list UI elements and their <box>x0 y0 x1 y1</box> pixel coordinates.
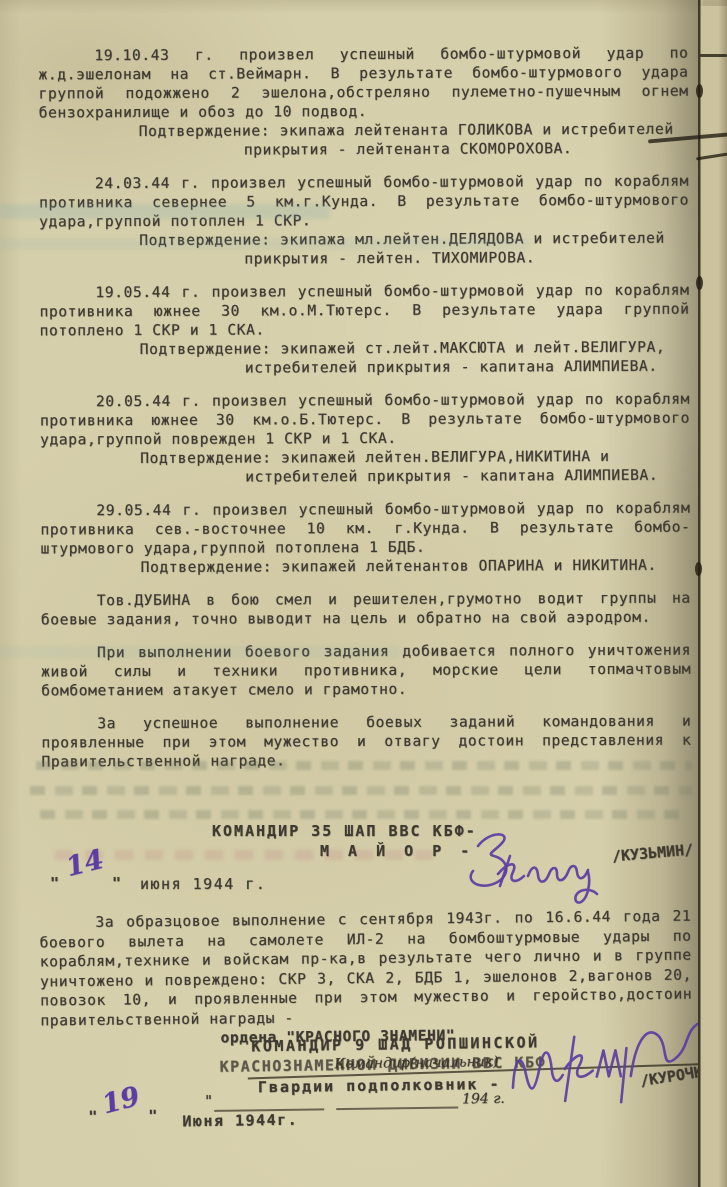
entry-1-date: 19.10.43 г. <box>94 47 213 65</box>
form-year-label: 194 г. <box>462 1090 505 1110</box>
entry-4-confirmation: Подтверждение: экипажей лейтен.ВЕЛИГУРА,… <box>40 447 690 488</box>
entry-5-confirmation: Подтверждение: экипажей лейтенантов ОПАР… <box>41 556 691 578</box>
entry-5: 29.05.44 г. произвел успешный бомбо-штур… <box>40 499 690 578</box>
division-commander-block: КОМАНДИР 9 ШАД РОПШИНСКОЙ КРАСНОЗНАМЕННО… <box>0 1027 699 1157</box>
kuzmin-signature-ink <box>428 828 618 906</box>
date-quote: " <box>88 1108 97 1127</box>
top-right-line <box>700 54 727 57</box>
division-date-text: Июня 1944г. <box>182 1111 298 1132</box>
page: 19.10.43 г. произвел успешный бомбо-штур… <box>0 0 698 1187</box>
date-quote: " <box>50 874 59 893</box>
handwritten-day-19: 19 <box>100 1087 141 1115</box>
entry-1-confirmation: Подтверждение: экипажа лейтенанта ГОЛИКО… <box>39 120 689 161</box>
bleedthrough-line <box>36 761 692 770</box>
date-quote: " <box>148 1107 157 1126</box>
entry-5-date: 29.05.44 г. <box>96 502 201 519</box>
entry-4-date: 20.05.44 г. <box>96 393 201 410</box>
entry-2-date: 24.03.44 г. <box>95 175 200 192</box>
form-date-rule <box>336 1106 458 1110</box>
stain-band <box>0 204 330 219</box>
entry-4: 20.05.44 г. произвел успешный бомбо-штур… <box>40 390 690 488</box>
stitch-mark <box>696 276 703 290</box>
paragraph-character: Тов.ДУБИНА в бою смел и решителен,грумот… <box>41 589 691 630</box>
stitch-mark <box>695 562 702 576</box>
bleedthrough-line <box>30 786 692 795</box>
entry-3: 19.05.44 г. произвел успешный бомбо-штур… <box>39 281 689 379</box>
entry-3-date: 19.05.44 г. <box>95 284 200 301</box>
body-text: 19.10.43 г. произвел успешный бомбо-штур… <box>38 44 691 786</box>
stain-band <box>0 646 400 658</box>
regiment-commander-block: КОМАНДИР 35 ШАП ВВС КБФ- М А Й О Р - /КУ… <box>0 818 698 918</box>
date-quote: " <box>112 874 121 893</box>
stain-band <box>0 238 530 250</box>
entry-1: 19.10.43 г. произвел успешный бомбо-штур… <box>38 44 688 161</box>
kuzmin-typed-name: /КУЗЬМИН/ <box>611 840 694 866</box>
entry-3-confirmation: Подтверждение: экипажей ст.лейт.МАКСЮТА … <box>40 338 690 379</box>
regiment-date-text: июня 1944 г. <box>140 875 266 894</box>
form-quote: " <box>204 1092 213 1111</box>
stitch-mark <box>696 84 703 98</box>
entry-2: 24.03.44 г. произвел успешный бомбо-штур… <box>39 172 689 270</box>
page-fold-edge <box>698 0 727 1187</box>
document-scan: 19.10.43 г. произвел успешный бомбо-штур… <box>0 0 727 1187</box>
handwritten-day-14: 14 <box>64 850 105 878</box>
award-paragraph: За образцовое выполнение с сентября 1943… <box>39 907 692 1031</box>
